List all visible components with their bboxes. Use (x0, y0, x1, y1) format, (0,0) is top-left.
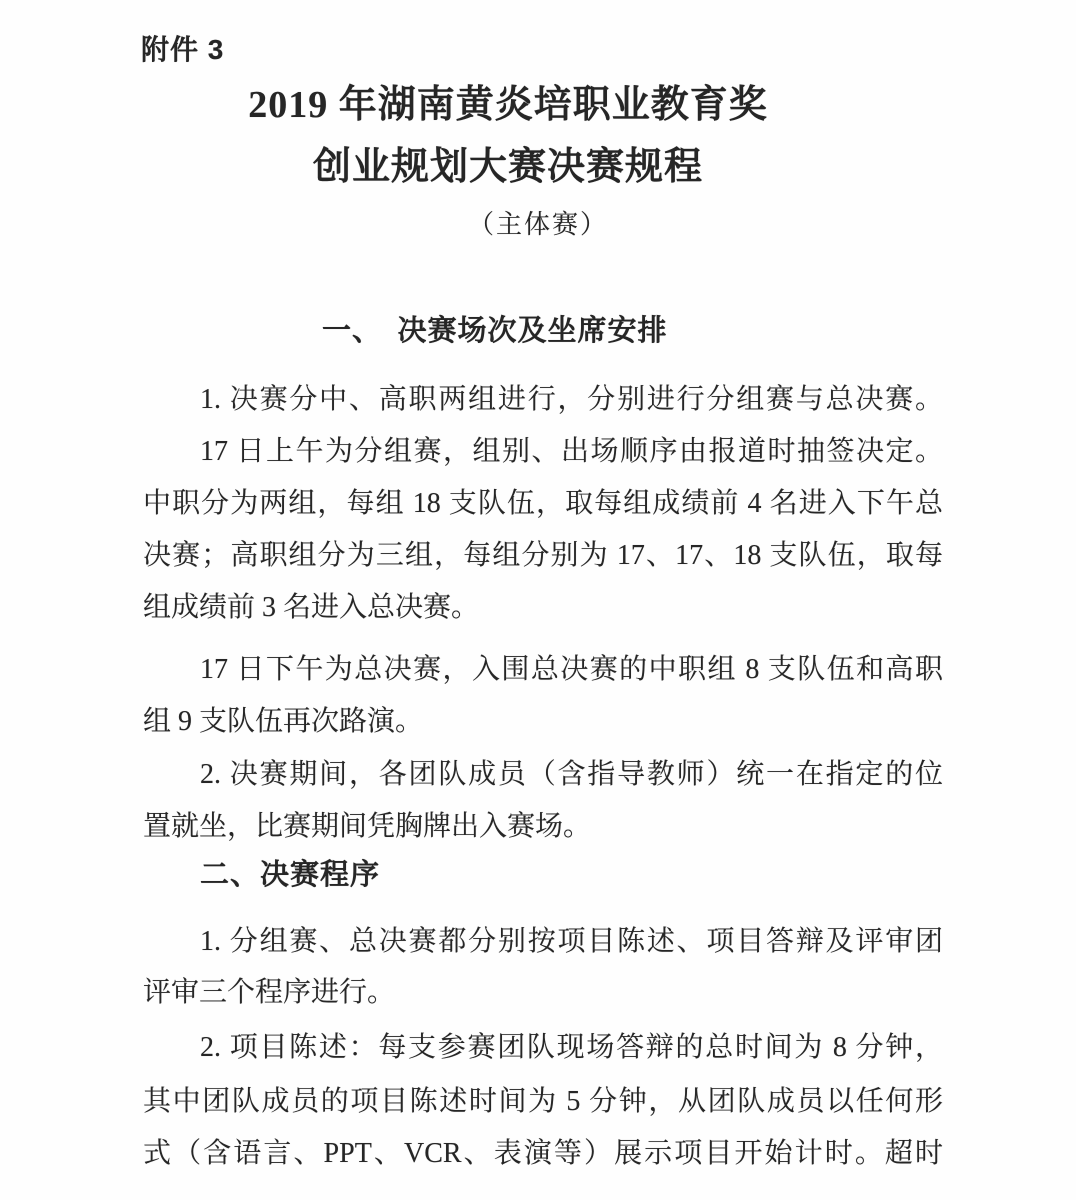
body-line: 组成绩前 3 名进入总决赛。 (143, 590, 943, 626)
body-line: 1. 决赛分中、高职两组进行，分别进行分组赛与总决赛。 (143, 382, 943, 418)
body-line: 17 日下午为总决赛，入围总决赛的中职组 8 支队伍和高职 (143, 652, 943, 688)
document-title-line-1: 2019 年湖南黄炎培职业教育奖 (98, 74, 918, 136)
section-heading-1: 一、 决赛场次及坐席安排 (322, 312, 668, 350)
body-line: 决赛；高职组分为三组，每组分别为 17、17、18 支队伍，取每 (143, 538, 943, 574)
body-line: 1. 分组赛、总决赛都分别按项目陈述、项目答辩及评审团 (143, 924, 943, 960)
document-subtitle: （主体赛） (0, 208, 1076, 242)
document-title: 2019 年湖南黄炎培职业教育奖 创业规划大赛决赛规程 (98, 74, 918, 198)
body-line: 式（含语言、PPT、VCR、表演等）展示项目开始计时。超时 (143, 1136, 943, 1172)
body-line: 2. 项目陈述：每支参赛团队现场答辩的总时间为 8 分钟， (143, 1030, 943, 1066)
body-line: 2. 决赛期间，各团队成员（含指导教师）统一在指定的位 (143, 757, 943, 793)
body-line: 17 日上午为分组赛，组别、出场顺序由报道时抽签决定。 (143, 434, 943, 470)
body-line: 组 9 支队伍再次路演。 (143, 704, 943, 740)
body-line: 评审三个程序进行。 (143, 975, 943, 1011)
body-line: 置就坐，比赛期间凭胸牌出入赛场。 (143, 809, 943, 845)
body-line: 中职分为两组，每组 18 支队伍，取每组成绩前 4 名进入下午总 (143, 486, 943, 522)
section-heading-2: 二、决赛程序 (200, 856, 380, 894)
scanned-document-page: 附件 3 2019 年湖南黄炎培职业教育奖 创业规划大赛决赛规程 （主体赛） 一… (0, 0, 1076, 1200)
document-title-line-2: 创业规划大赛决赛规程 (98, 136, 918, 198)
attachment-label: 附件 3 (141, 34, 224, 66)
body-line: 其中团队成员的项目陈述时间为 5 分钟，从团队成员以任何形 (143, 1084, 943, 1120)
